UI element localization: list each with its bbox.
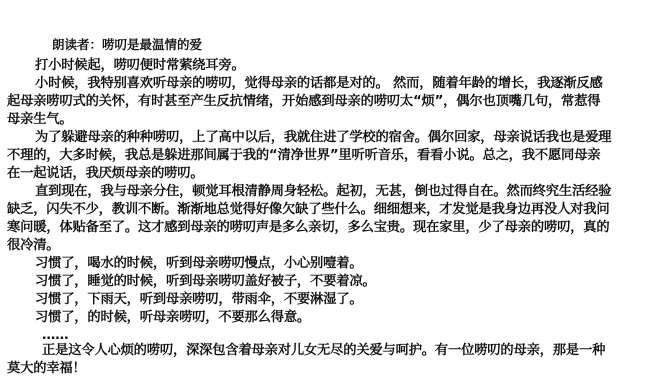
document-title: 朗读者：唠叨是最温情的爱: [52, 37, 202, 53]
text-line: 寒问暖，体贴备至了。这才感到母亲的唠叨声是多么亲切，多么宝贵。现在家里，少了母亲…: [7, 219, 609, 237]
text-line: 习惯了，下雨天，听到母亲唠叨，带雨伞，不要淋湿了。: [35, 291, 362, 309]
text-line: 起母亲唠叨式的关怀，有时甚至产生反抗情绪，开始感到母亲的唠叨太“烦”，偶尔也顶嘴…: [7, 93, 600, 111]
text-line: 在一起说话，我厌烦母亲的唠叨。: [7, 165, 203, 183]
text-line: 不理的，大多时候，我总是躲进那间属于我的“清净世界”里听听音乐，看看小说。总之，…: [7, 147, 600, 165]
text-line: 小时候，我特别喜欢听母亲的唠叨，觉得母亲的话都是对的。 然而，随着年龄的增长，我…: [35, 75, 603, 93]
text-line: 习惯了，喝水的时候，听到母亲唠叨慢点，小心别噎着。: [35, 255, 362, 273]
text-line: 缺乏，闪失不少，教训不断。渐渐地总觉得好像欠缺了些什么。细细想来，才发觉是我身边…: [7, 201, 609, 219]
text-line: 很冷清。: [7, 237, 59, 255]
document-page: 朗读者：唠叨是最温情的爱 打小时候起，唠叨便时常萦绕耳旁。 小时候，我特别喜欢听…: [0, 0, 668, 376]
text-line: 习惯了，睡觉的时候，听到母亲唠叨盖好被子，不要着凉。: [35, 273, 376, 291]
text-line: 习惯了，的时候，听母亲唠叨，不要那么得意。: [35, 309, 310, 327]
text-line: 打小时候起，唠叨便时常萦绕耳旁。: [35, 57, 245, 75]
text-line: 直到现在，我与母亲分住，顿觉耳根清静周身轻松。起初，无甚，倒也过得自在。然而终究…: [35, 183, 611, 201]
text-line: 母亲生气。: [7, 111, 72, 129]
text-line: 莫大的幸福！: [7, 360, 86, 376]
text-line: 正是这令人心烦的唠叨，深深包含着母亲对儿女无尽的关爱与呵护。有一位唠叨的母亲，那…: [42, 342, 605, 360]
text-line: 为了躲避母亲的种种唠叨，上了高中以后，我就住进了学校的宿舍。偶尔回家，母亲说话我…: [35, 129, 611, 147]
